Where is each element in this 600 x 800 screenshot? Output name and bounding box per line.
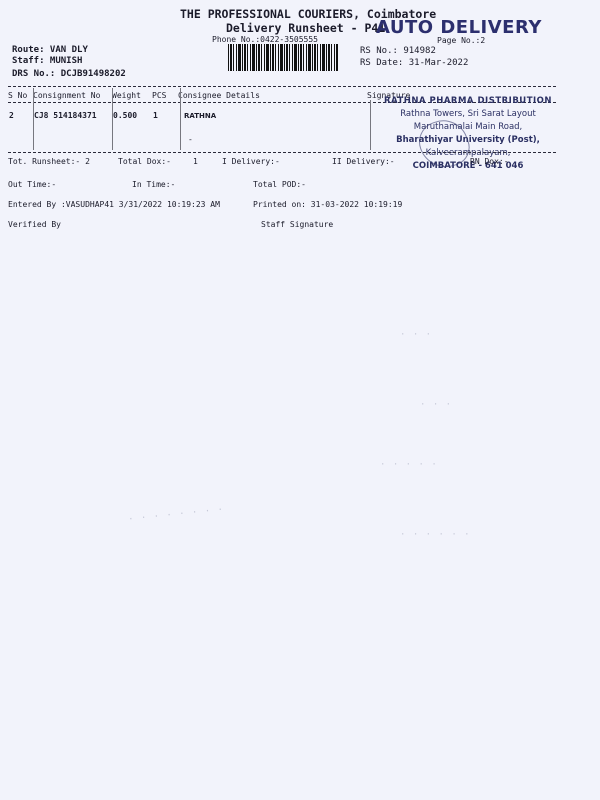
row-consignee-extra: -: [188, 135, 193, 144]
staff: Staff: MUNISH: [12, 56, 82, 66]
page-number: Page No.:2: [437, 36, 485, 45]
scan-artifact: · · · · · ·: [400, 530, 471, 540]
row-consignment-no: CJ8 514184371: [34, 111, 97, 120]
auto-delivery-stamp: AUTO DELIVERY: [376, 17, 542, 38]
rn-dox: RN Dox:-: [470, 157, 509, 166]
staff-signature: Staff Signature: [261, 220, 333, 229]
out-time: Out Time:-: [8, 180, 56, 189]
total-pod: Total POD:-: [253, 180, 306, 189]
divider: [8, 152, 556, 153]
phone-number: Phone No.:0422-3505555: [212, 35, 318, 44]
scan-artifact: · · · · ·: [380, 460, 438, 470]
divider: [8, 86, 556, 87]
col-sno: S No: [8, 91, 27, 100]
col-pcs: PCS: [152, 91, 166, 100]
in-time: In Time:-: [132, 180, 175, 189]
printed-on: Printed on: 31-03-2022 10:19:19: [253, 200, 402, 209]
row-consignee: RATHNA: [184, 112, 216, 120]
col-weight: Weight: [112, 91, 141, 100]
column-separator: [180, 88, 181, 150]
scan-artifact: · · ·: [420, 400, 452, 410]
column-separator: [370, 100, 371, 150]
entered-by: Entered By :VASUDHAP41 3/31/2022 10:19:2…: [8, 200, 220, 209]
rs-date: RS Date: 31-Mar-2022: [360, 58, 468, 68]
consignee-rubber-stamp: RATHNA PHARMA DISTRIBUTION Rathna Towers…: [378, 95, 558, 173]
row-sno: 2: [9, 111, 14, 120]
total-dox-value: 1: [193, 157, 198, 166]
barcode: [228, 44, 338, 71]
col-consignment-no: Consignment No: [33, 91, 100, 100]
row-weight: 0.500: [113, 111, 137, 120]
scan-artifact: · · ·: [400, 330, 432, 340]
total-runsheet: Tot. Runsheet:- 2: [8, 157, 90, 166]
route: Route: VAN DLY: [12, 45, 88, 55]
col-consignee-details: Consignee Details: [178, 91, 260, 100]
verified-by: Verified By: [8, 220, 61, 229]
row-pcs: 1: [153, 111, 158, 120]
drs-number: DRS No.: DCJB91498202: [12, 69, 126, 79]
total-dox-label: Total Dox:-: [118, 157, 171, 166]
i-delivery: I Delivery:-: [222, 157, 280, 166]
runsheet-subtitle: Delivery Runsheet - P41: [226, 21, 385, 35]
ii-delivery: II Delivery:-: [332, 157, 395, 166]
rs-number: RS No.: 914982: [360, 46, 436, 56]
scan-artifact: · · · · · · · ·: [128, 505, 225, 525]
